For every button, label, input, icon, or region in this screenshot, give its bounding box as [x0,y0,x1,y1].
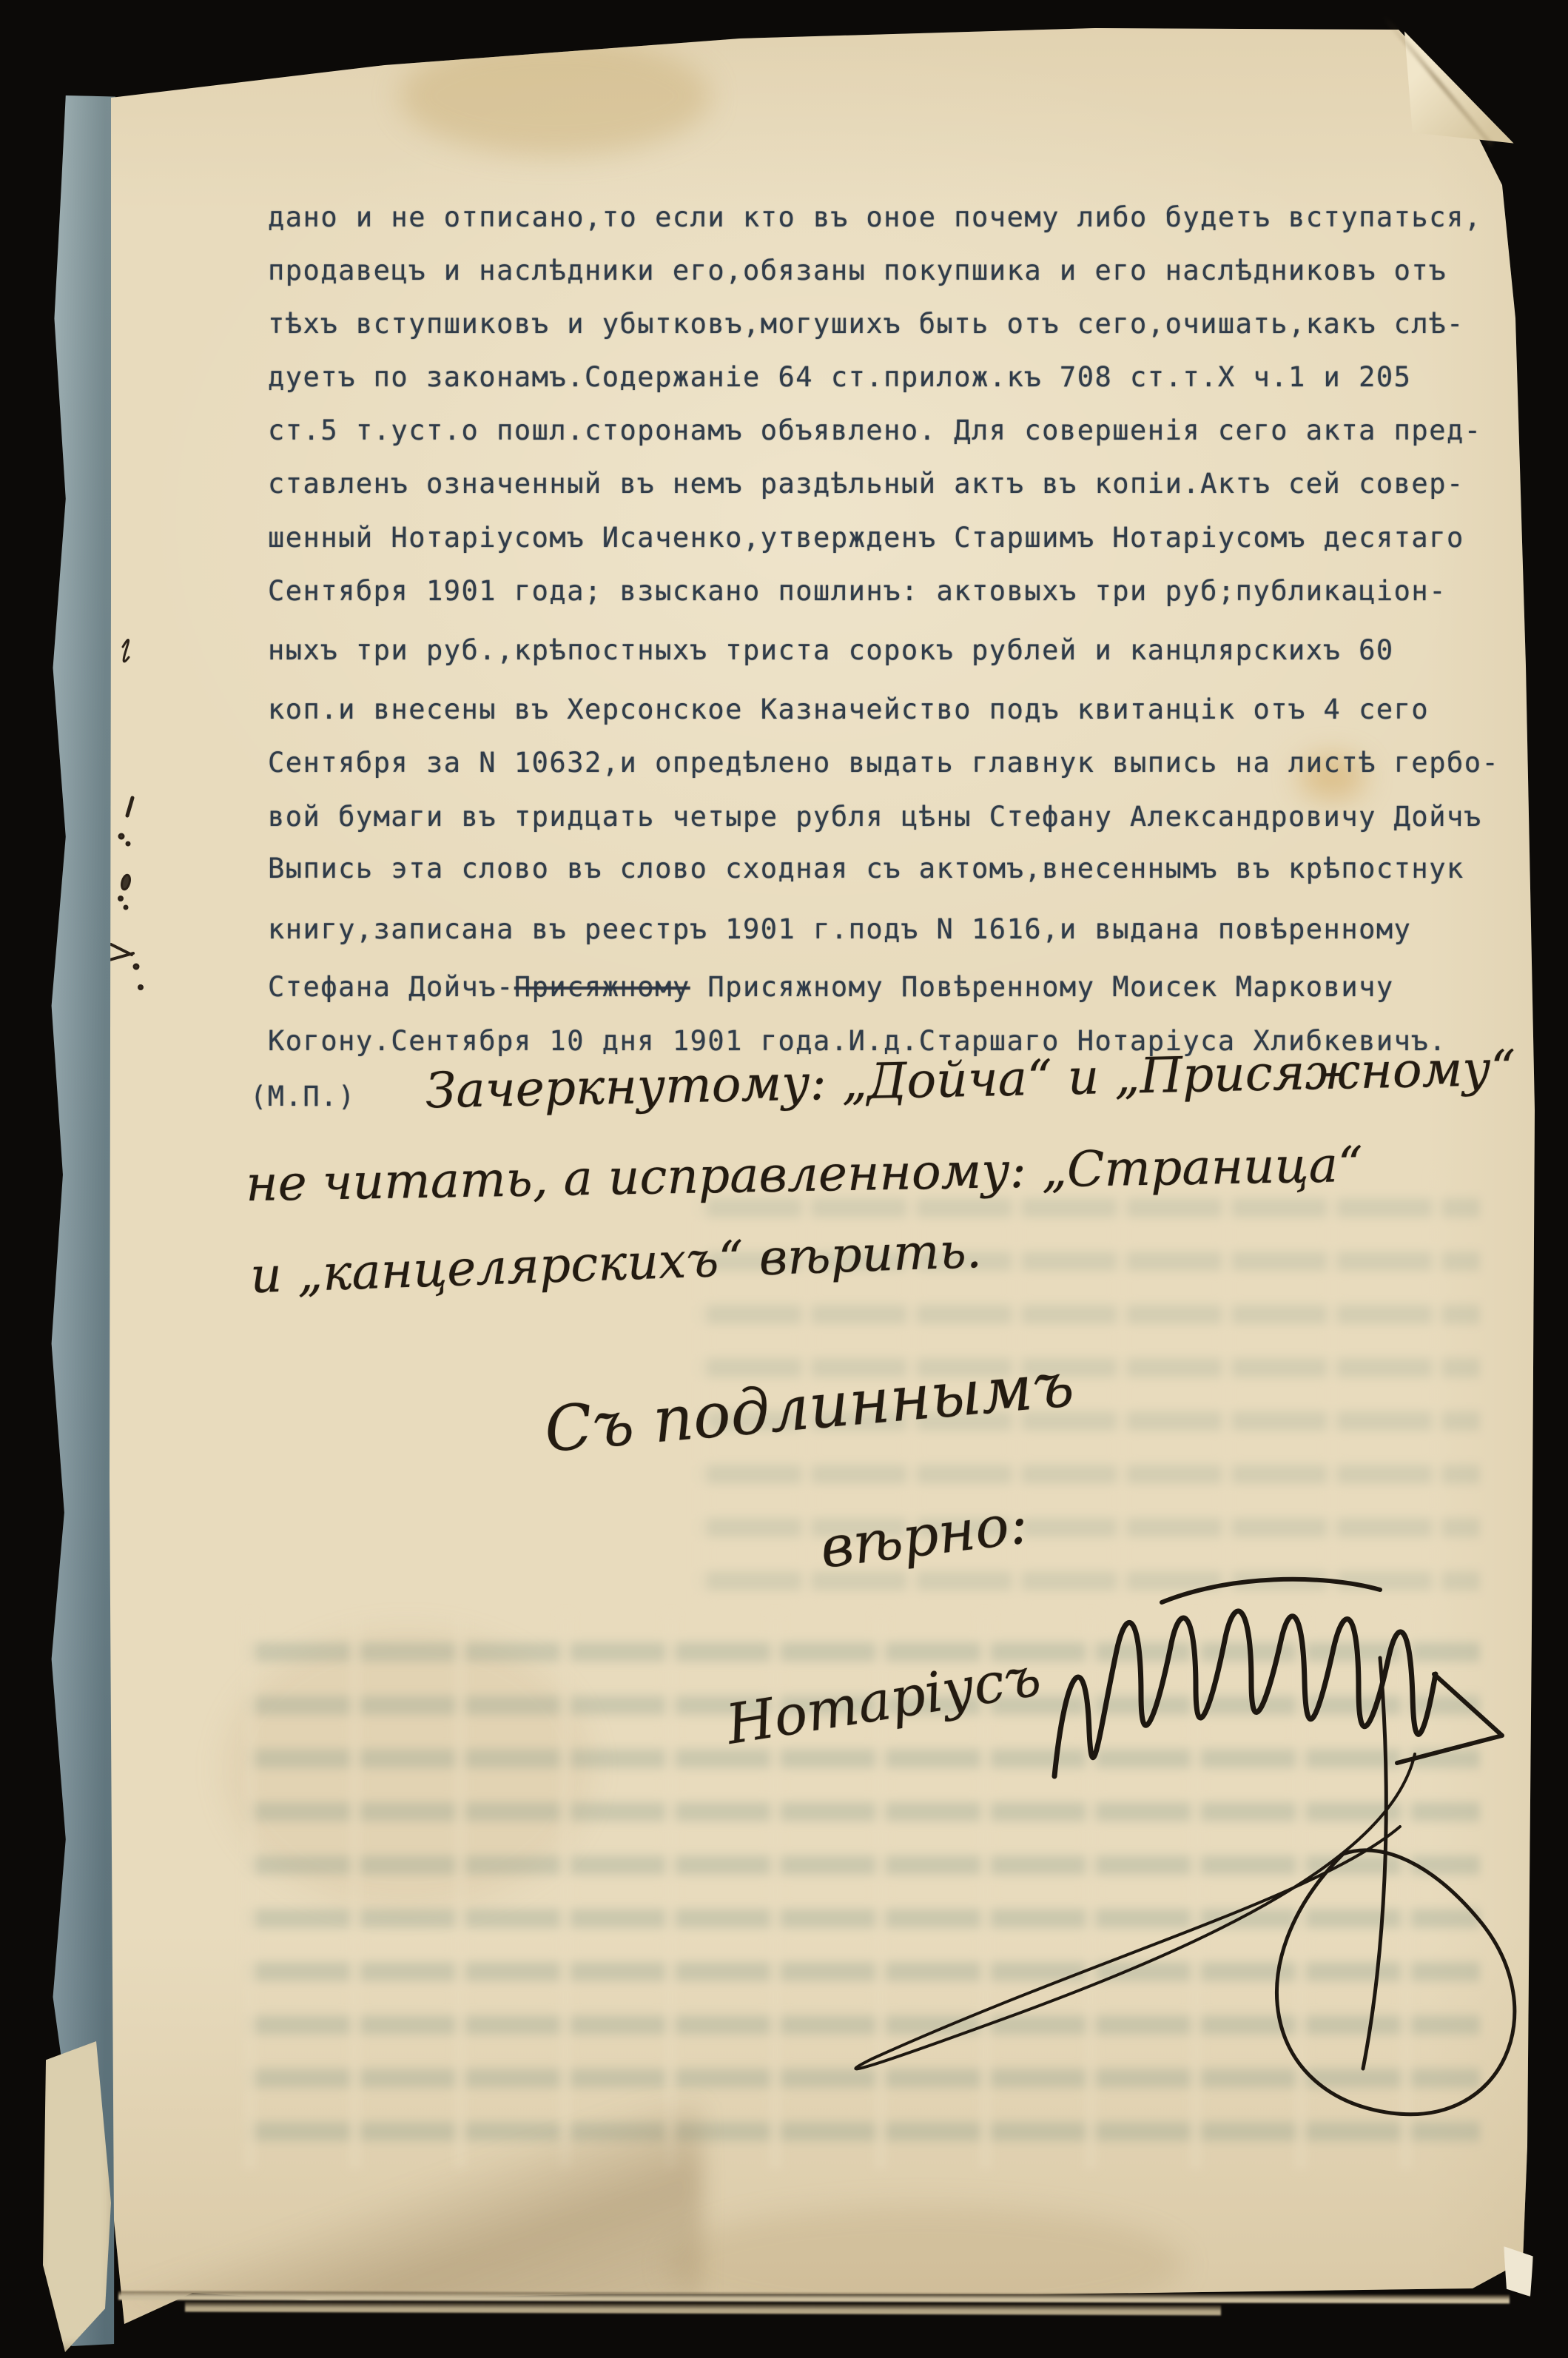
under-sheet-edge [185,2302,1221,2316]
typed-line: Выпись эта слово въ слово сходная съ акт… [268,854,1464,884]
typed-line: ныхъ три руб.,крѣпостныхъ триста сорокъ … [268,636,1394,665]
under-sheet-blue-edge [44,93,115,2346]
typed-line: Сентября за N 10632,и опредѣлено выдать … [268,748,1499,778]
typed-line: шенный Нотаріусомъ Исаченко,утвержденъ С… [268,523,1464,553]
typed-line: дуетъ по законамъ.Содержаніе 64 ст.прило… [268,363,1411,392]
typed-segment: Стефана Дойчъ- [268,971,514,1003]
seal-mark: (М.П.) [250,1082,356,1112]
edge-notch [581,16,636,44]
typed-line: Сентября 1901 года; взыскано пошлинъ: ак… [268,577,1447,606]
typed-line: ст.5 т.уст.о пошл.сторонамъ объявлено. Д… [268,416,1482,446]
notary-signature [651,1510,1524,2161]
page-corner-shadow [111,2102,703,2309]
paper-stain [400,37,710,155]
typed-line: вой бумаги въ тридцать четыре рубля цѣны… [268,802,1482,832]
page-edge-sliver [1504,2246,1533,2297]
typed-line: дано и не отписано,то если кто въ оное п… [268,203,1482,232]
document-page: дано и не отписано,то если кто въ оное п… [0,0,1568,2358]
strikethrough-word: Присяжному [514,971,690,1003]
typed-line: тѣхъ вступшиковъ и убытковъ,могушихъ быт… [268,309,1464,339]
typed-line: коп.и внесены въ Херсонское Казначейство… [268,695,1429,725]
typed-line-with-correction: Стефана Дойчъ-Присяжному Присяжному Повѣ… [268,973,1394,1002]
typed-line: продавецъ и наслѣдники его,обязаны покуп… [268,256,1447,286]
typed-line: книгу,записана въ реестръ 1901 г.подъ N … [268,915,1411,944]
scanned-document-photo: дано и не отписано,то если кто въ оное п… [0,0,1568,2358]
typed-segment: Присяжному Повѣренному Моисек Марковичу [690,971,1394,1003]
typed-line: ставленъ означенный въ немъ раздѣльный а… [268,469,1464,499]
